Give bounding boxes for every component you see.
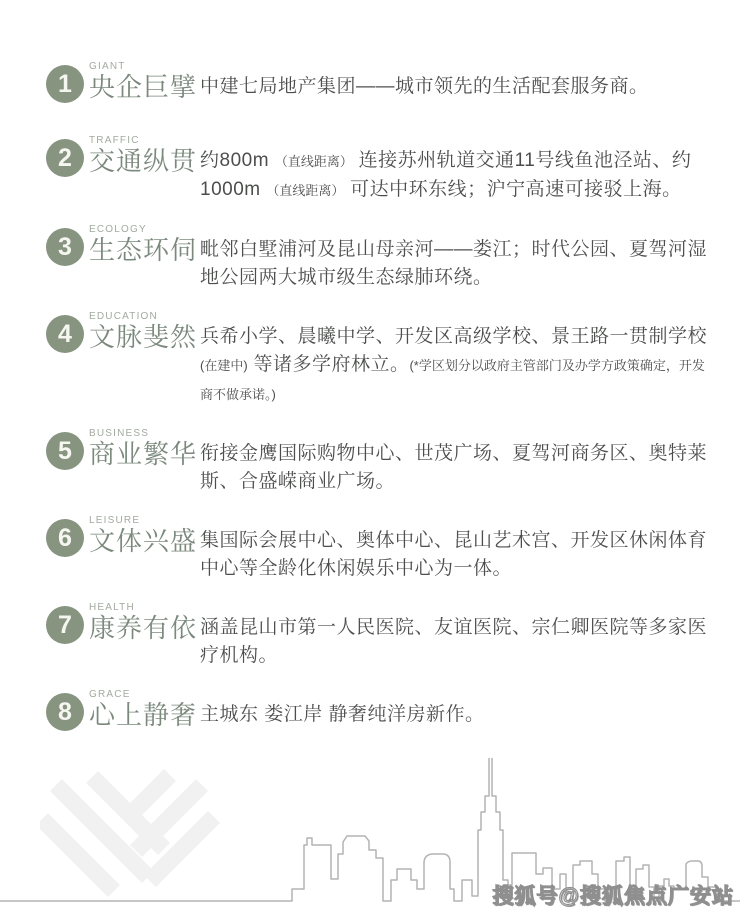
feature-section: 4 EDUCATION 文脉斐然 兵希小学、晨曦中学、开发区高级学校、景王路一贯… [46, 308, 714, 409]
section-header: 5 BUSINESS 商业繁华 [46, 425, 200, 496]
section-label-en: BUSINESS [89, 428, 197, 439]
feature-list: 1 GIANT 央企巨擘 中建七局地产集团——城市领先的生活配套服务商。 2 T… [0, 0, 740, 744]
number-badge: 7 [46, 606, 84, 644]
section-number: 4 [58, 320, 72, 349]
section-number: 1 [58, 70, 72, 99]
section-titles: HEALTH 康养有依 [89, 599, 197, 670]
section-titles: GIANT 央企巨擘 [89, 58, 197, 116]
section-description: 衔接金鹰国际购物中心、世茂广场、夏驾河商务区、奥特莱斯、合盛嵘商业广场。 [200, 440, 714, 496]
feature-section: 6 LEISURE 文体兴盛 集国际会展中心、奥体中心、昆山艺术宫、开发区休闲体… [46, 512, 714, 583]
description-text: 涵盖昆山市第一人民医院、友谊医院、宗仁卿医院等多家医疗机构。 [200, 617, 707, 666]
number-badge: 8 [46, 693, 84, 731]
footer-graphic-area: 搜狐号@搜狐焦点广安站 [0, 758, 740, 918]
section-titles: LEISURE 文体兴盛 [89, 512, 197, 583]
section-header: 8 GRACE 心上静奢 [46, 686, 200, 744]
section-description: 毗邻白墅浦河及昆山母亲河——娄江；时代公园、夏驾河湿地公园两大城市级生态绿肺环绕… [200, 236, 714, 292]
number-badge: 5 [46, 432, 84, 470]
section-title-cn: 文脉斐然 [89, 322, 197, 354]
number-badge: 6 [46, 519, 84, 557]
description-text: 中建七局地产集团——城市领先的生活配套服务商。 [200, 76, 649, 97]
section-header: 1 GIANT 央企巨擘 [46, 58, 200, 116]
section-titles: BUSINESS 商业繁华 [89, 425, 197, 496]
feature-section: 2 TRAFFIC 交通纵贯 约800m （直线距离） 连接苏州轨道交通11号线… [46, 132, 714, 205]
section-titles: GRACE 心上静奢 [89, 686, 197, 744]
section-description: 集国际会展中心、奥体中心、昆山艺术宫、开发区休闲体育中心等全龄化休闲娱乐中心为一… [200, 527, 714, 583]
section-description: 涵盖昆山市第一人民医院、友谊医院、宗仁卿医院等多家医疗机构。 [200, 614, 714, 670]
section-number: 2 [58, 144, 72, 173]
description-text: 毗邻白墅浦河及昆山母亲河——娄江；时代公园、夏驾河湿地公园两大城市级生态绿肺环绕… [200, 239, 707, 288]
section-header: 2 TRAFFIC 交通纵贯 [46, 132, 200, 205]
section-title-cn: 生态环伺 [89, 235, 197, 267]
section-description: 中建七局地产集团——城市领先的生活配套服务商。 [200, 73, 714, 116]
section-title-cn: 文体兴盛 [89, 526, 197, 558]
feature-section: 3 ECOLOGY 生态环伺 毗邻白墅浦河及昆山母亲河——娄江；时代公园、夏驾河… [46, 221, 714, 292]
description-fine-print: （直线距离） [275, 154, 353, 169]
section-title-cn: 商业繁华 [89, 439, 197, 471]
section-number: 8 [58, 698, 72, 727]
section-titles: ECOLOGY 生态环伺 [89, 221, 197, 292]
description-fine-print: （直线距离） [266, 183, 344, 198]
section-number: 7 [58, 611, 72, 640]
description-fine-print: (在建中) [200, 358, 248, 373]
description-text: 衔接金鹰国际购物中心、世茂广场、夏驾河商务区、奥特莱斯、合盛嵘商业广场。 [200, 443, 707, 492]
description-text: 可达中环东线；沪宁高速可接驳上海。 [344, 179, 681, 200]
section-header: 4 EDUCATION 文脉斐然 [46, 308, 200, 409]
feature-section: 5 BUSINESS 商业繁华 衔接金鹰国际购物中心、世茂广场、夏驾河商务区、奥… [46, 425, 714, 496]
feature-section: 8 GRACE 心上静奢 主城东 娄江岸 静奢纯洋房新作。 [46, 686, 714, 744]
section-title-cn: 交通纵贯 [89, 146, 197, 178]
section-title-cn: 央企巨擘 [89, 72, 197, 104]
number-badge: 4 [46, 315, 84, 353]
section-titles: TRAFFIC 交通纵贯 [89, 132, 197, 205]
feature-section: 1 GIANT 央企巨擘 中建七局地产集团——城市领先的生活配套服务商。 [46, 58, 714, 116]
feature-section: 7 HEALTH 康养有依 涵盖昆山市第一人民医院、友谊医院、宗仁卿医院等多家医… [46, 599, 714, 670]
section-number: 3 [58, 233, 72, 262]
section-description: 约800m （直线距离） 连接苏州轨道交通11号线鱼池泾站、约1000m （直线… [200, 147, 714, 205]
section-label-en: TRAFFIC [89, 135, 197, 146]
number-badge: 3 [46, 228, 84, 266]
section-label-en: GIANT [89, 61, 197, 72]
section-label-en: GRACE [89, 689, 197, 700]
promo-poster: 1 GIANT 央企巨擘 中建七局地产集团——城市领先的生活配套服务商。 2 T… [0, 0, 740, 918]
section-title-cn: 心上静奢 [89, 700, 197, 732]
description-text: 兵希小学、晨曦中学、开发区高级学校、景王路一贯制学校 [200, 326, 707, 347]
section-label-en: ECOLOGY [89, 224, 197, 235]
section-description: 主城东 娄江岸 静奢纯洋房新作。 [200, 701, 714, 744]
section-header: 6 LEISURE 文体兴盛 [46, 512, 200, 583]
section-header: 3 ECOLOGY 生态环伺 [46, 221, 200, 292]
number-badge: 2 [46, 139, 84, 177]
section-header: 7 HEALTH 康养有依 [46, 599, 200, 670]
section-number: 5 [58, 437, 72, 466]
sohu-watermark: 搜狐号@搜狐焦点广安站 [493, 880, 734, 910]
section-label-en: LEISURE [89, 515, 197, 526]
section-label-en: HEALTH [89, 602, 197, 613]
number-badge: 1 [46, 65, 84, 103]
section-description: 兵希小学、晨曦中学、开发区高级学校、景王路一贯制学校(在建中) 等诸多学府林立。… [200, 323, 714, 409]
description-text: 集国际会展中心、奥体中心、昆山艺术宫、开发区休闲体育中心等全龄化休闲娱乐中心为一… [200, 530, 707, 579]
description-text: 约800m [200, 150, 275, 171]
description-text: 主城东 娄江岸 静奢纯洋房新作。 [200, 704, 485, 725]
section-title-cn: 康养有依 [89, 613, 197, 645]
section-titles: EDUCATION 文脉斐然 [89, 308, 197, 409]
section-number: 6 [58, 524, 72, 553]
description-text: 等诸多学府林立。 [248, 354, 410, 375]
section-label-en: EDUCATION [89, 311, 197, 322]
